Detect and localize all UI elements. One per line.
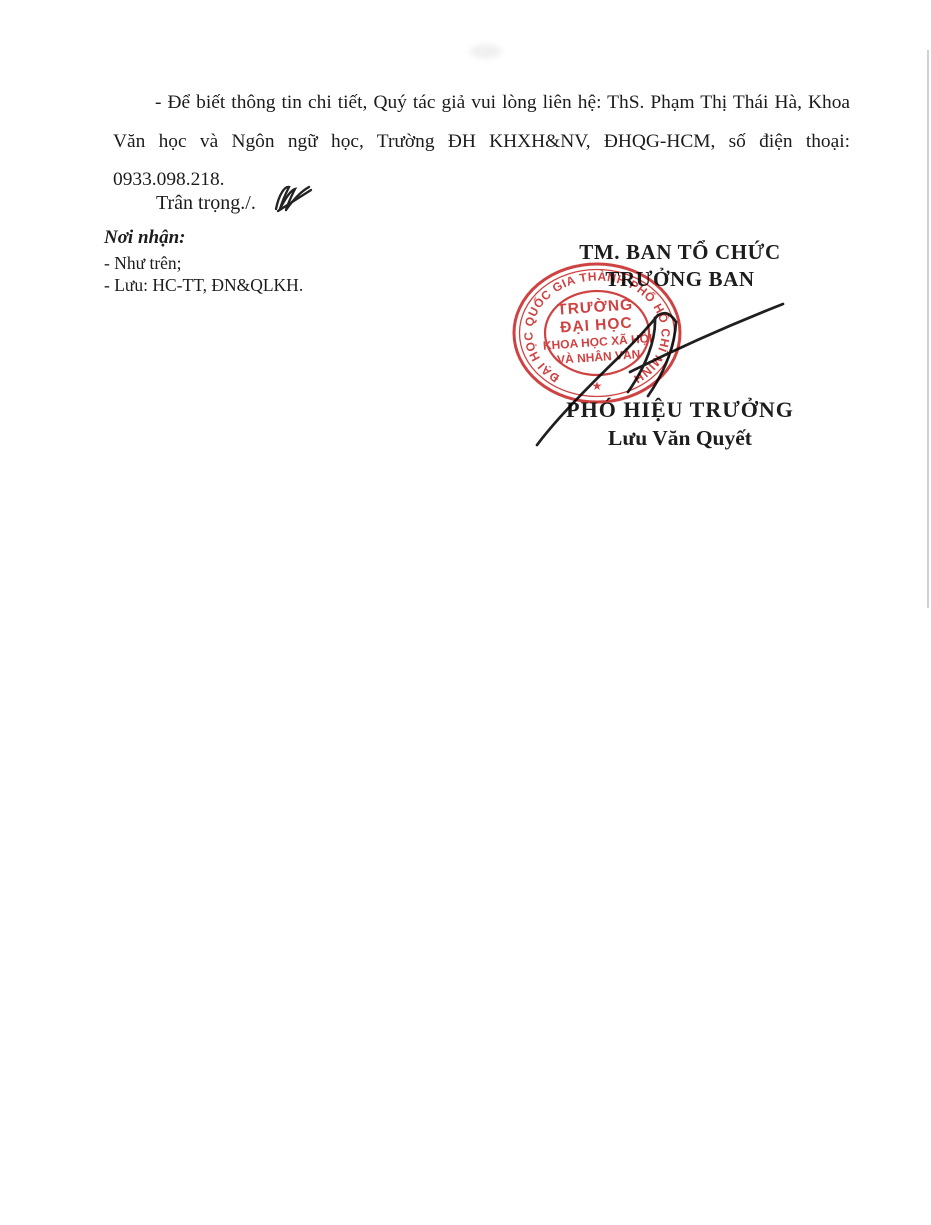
recipients-block: Nơi nhận: - Như trên; - Lưu: HC-TT, ĐN&Q…: [104, 227, 303, 296]
recipients-item: - Lưu: HC-TT, ĐN&QLKH.: [104, 275, 303, 297]
scan-smudge: [470, 44, 502, 59]
scan-edge-line: [927, 50, 929, 608]
closing-salutation: Trân trọng./.: [156, 192, 256, 215]
recipients-title: Nơi nhận:: [104, 227, 303, 249]
paragraph-line-1: - Để biết thông tin chi tiết, Quý tác gi…: [113, 84, 850, 123]
paragraph-line-2: Văn học và Ngôn ngữ học, Trường ĐH KHXH&…: [113, 123, 850, 162]
scanned-letter-page: - Để biết thông tin chi tiết, Quý tác gi…: [0, 0, 931, 1225]
initials-paraph-mark: [266, 180, 316, 216]
contact-paragraph: - Để biết thông tin chi tiết, Quý tác gi…: [113, 84, 850, 200]
handwritten-signature: [505, 280, 805, 460]
recipients-item: - Như trên;: [104, 253, 303, 275]
